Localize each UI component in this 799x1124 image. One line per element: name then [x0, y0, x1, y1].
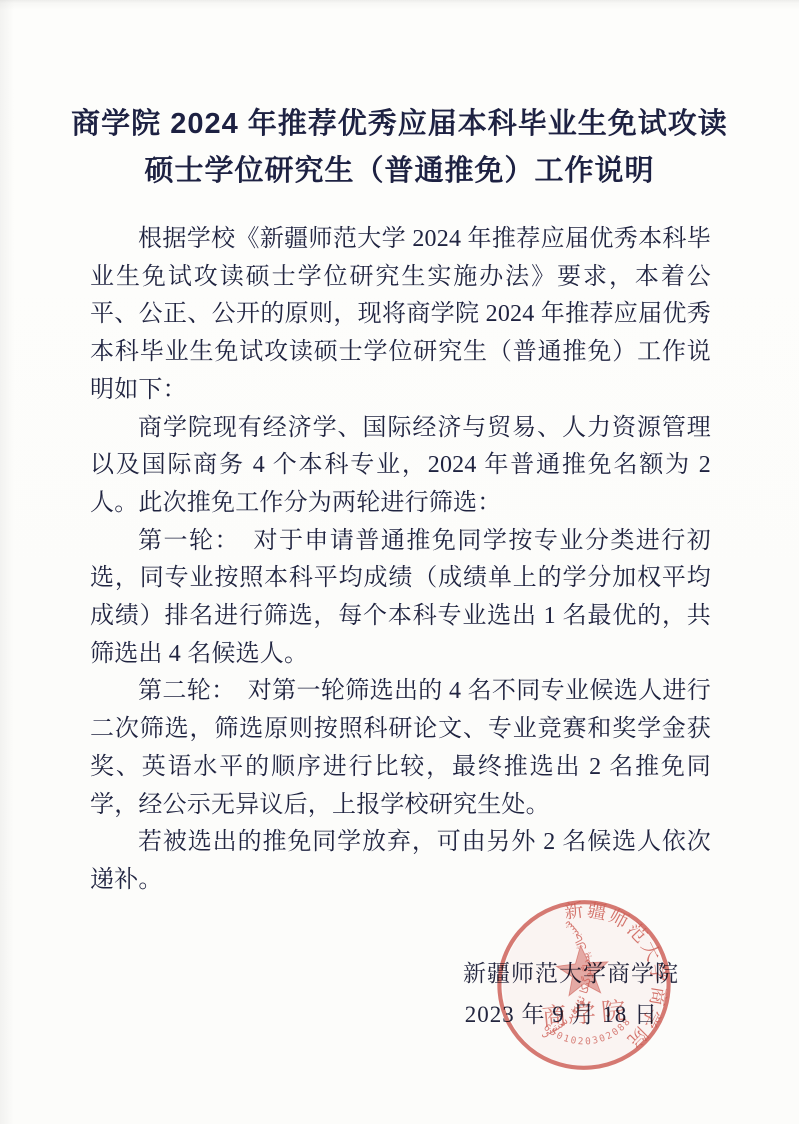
document-body: 根据学校《新疆师范大学 2024 年推荐应届优秀本科毕业生免试攻读硕士学位研究生… [90, 221, 711, 900]
body-paragraph: 若被选出的推免同学放弃，可由另外 2 名候选人依次递补。 [90, 824, 711, 899]
body-paragraph: 第一轮： 对于申请普通推免同学按专业分类进行初选，同专业按照本科平均成绩（成绩单… [90, 523, 711, 674]
signature-date: 2023 年 9 月 18 日 [465, 1000, 658, 1030]
body-paragraph: 第二轮： 对第一轮筛选出的 4 名不同专业候选人进行二次筛选，筛选原则按照科研论… [90, 673, 711, 824]
title-line-1: 商学院 2024 年推荐优秀应届本科毕业生免试攻读 [0, 101, 799, 148]
document-page: 商学院 2024 年推荐优秀应届本科毕业生免试攻读 硕士学位研究生（普通推免）工… [0, 0, 799, 1124]
body-paragraph: 商学院现有经济学、国际经济与贸易、人力资源管理以及国际商务 4 个本科专业，20… [90, 410, 711, 523]
signature-organization: 新疆师范大学商学院 [463, 959, 679, 989]
title-line-2: 硕士学位研究生（普通推免）工作说明 [0, 148, 799, 195]
body-paragraph: 根据学校《新疆师范大学 2024 年推荐应届优秀本科毕业生免试攻读硕士学位研究生… [90, 221, 711, 410]
signature-block: 新疆师范大学商学院 2023 年 9 月 18 日 [463, 959, 679, 1030]
document-title: 商学院 2024 年推荐优秀应届本科毕业生免试攻读 硕士学位研究生（普通推免）工… [0, 101, 799, 195]
